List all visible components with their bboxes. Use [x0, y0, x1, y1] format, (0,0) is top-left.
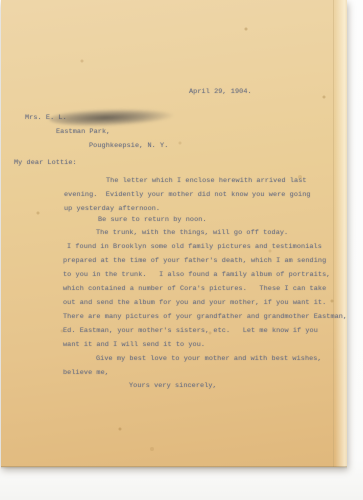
page-bottom-shadow — [1, 466, 347, 469]
typed-line: I found in Brooklyn some old family pict… — [67, 243, 322, 251]
letter-page: April 29, 1904.Mrs. E. L.Eastman Park,Po… — [1, 0, 347, 467]
typed-line: Be sure to return by noon. — [98, 216, 207, 224]
typed-line: There are many pictures of your grandfat… — [63, 313, 347, 321]
typed-line: evening. Evidently your mother did not k… — [64, 191, 311, 199]
typed-line: prepared at the time of your father's de… — [63, 257, 326, 265]
recipient-city-line: Poughkeepsie, N. Y. — [89, 142, 168, 150]
salutation-line: My dear Lottie: — [14, 159, 77, 167]
typed-line: to you in the trunk. I also found a fami… — [63, 271, 330, 279]
typed-text-layer: April 29, 1904.Mrs. E. L.Eastman Park,Po… — [1, 0, 347, 467]
typed-line: Give my best love to your mother and wit… — [96, 355, 322, 363]
typed-line: The trunk, with the things, will go off … — [96, 229, 288, 237]
typed-line: out and send the album for you and your … — [63, 299, 326, 307]
typed-line: up yesterday afternoon. — [64, 205, 160, 213]
typed-line: which contained a number of Cora's pictu… — [63, 285, 326, 293]
typed-line: Ed. Eastman, your mother's sisters, etc.… — [63, 327, 318, 335]
typed-line: want it and I will send it to you. — [63, 341, 205, 349]
closing-line: Yours very sincerely, — [129, 382, 217, 390]
typed-line: believe me, — [63, 369, 109, 377]
typed-line: The letter which I enclose herewith arri… — [106, 177, 307, 185]
recipient-address-line: Eastman Park, — [56, 128, 110, 136]
scanned-letter-photo: April 29, 1904.Mrs. E. L.Eastman Park,Po… — [0, 0, 363, 500]
date-line: April 29, 1904. — [189, 88, 252, 96]
